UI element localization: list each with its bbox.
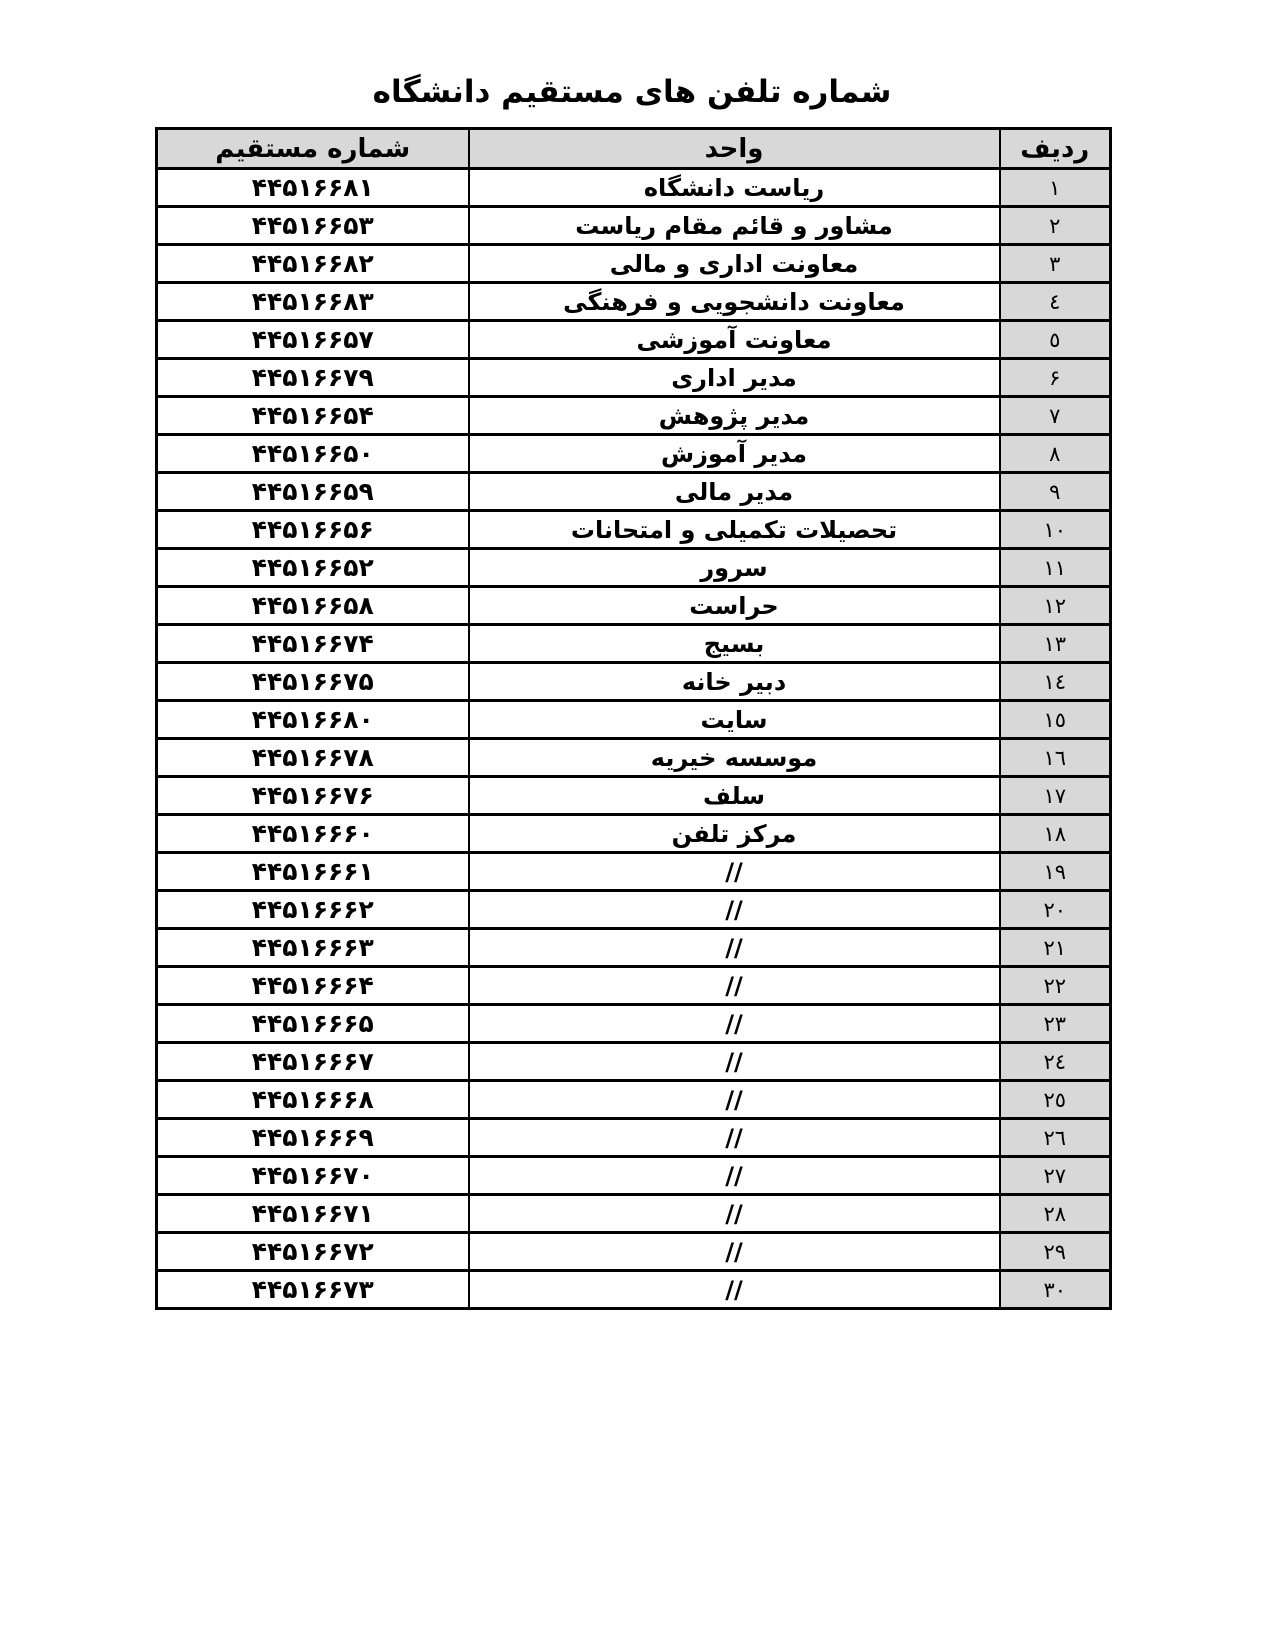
- table-row: ۱٤ دبیر خانه ۴۴۵۱۶۶۷۵: [157, 663, 1111, 701]
- row-number-cell: ۲۷: [1000, 1157, 1111, 1195]
- direct-number-cell: ۴۴۵۱۶۶۶۴: [157, 967, 469, 1005]
- unit-cell: //: [469, 1195, 1000, 1233]
- table-row: ۱٥ سایت ۴۴۵۱۶۶۸۰: [157, 701, 1111, 739]
- direct-number-cell: ۴۴۵۱۶۶۷۶: [157, 777, 469, 815]
- row-number-cell: ۱۱: [1000, 549, 1111, 587]
- row-number-cell: ٥: [1000, 321, 1111, 359]
- header-row: ردیف واحد شماره مستقیم: [157, 129, 1111, 169]
- unit-cell: //: [469, 1119, 1000, 1157]
- unit-cell: //: [469, 853, 1000, 891]
- table-row: ۶ مدیر اداری ۴۴۵۱۶۶۷۹: [157, 359, 1111, 397]
- row-number-cell: ۱۹: [1000, 853, 1111, 891]
- row-number-cell: ۱۳: [1000, 625, 1111, 663]
- unit-cell: موسسه خیریه: [469, 739, 1000, 777]
- row-number-cell: ۳۰: [1000, 1271, 1111, 1309]
- unit-cell: //: [469, 1081, 1000, 1119]
- table-row: ۱۳ بسیج ۴۴۵۱۶۶۷۴: [157, 625, 1111, 663]
- table-row: ۱۷ سلف ۴۴۵۱۶۶۷۶: [157, 777, 1111, 815]
- direct-number-cell: ۴۴۵۱۶۶۶۳: [157, 929, 469, 967]
- table-row: ۸ مدیر آموزش ۴۴۵۱۶۶۵۰: [157, 435, 1111, 473]
- header-direct-number: شماره مستقیم: [157, 129, 469, 169]
- table-row: ٥ معاونت آموزشی ۴۴۵۱۶۶۵۷: [157, 321, 1111, 359]
- unit-cell: //: [469, 891, 1000, 929]
- table-row: ۱٦ موسسه خیریه ۴۴۵۱۶۶۷۸: [157, 739, 1111, 777]
- direct-number-cell: ۴۴۵۱۶۶۶۰: [157, 815, 469, 853]
- table-row: ۲٦ // ۴۴۵۱۶۶۶۹: [157, 1119, 1111, 1157]
- direct-number-cell: ۴۴۵۱۶۶۵۸: [157, 587, 469, 625]
- direct-number-cell: ۴۴۵۱۶۶۷۳: [157, 1271, 469, 1309]
- direct-number-cell: ۴۴۵۱۶۶۷۸: [157, 739, 469, 777]
- unit-cell: //: [469, 1005, 1000, 1043]
- row-number-cell: ۱۲: [1000, 587, 1111, 625]
- direct-number-cell: ۴۴۵۱۶۶۵۹: [157, 473, 469, 511]
- header-row-number: ردیف: [1000, 129, 1111, 169]
- unit-cell: مدیر آموزش: [469, 435, 1000, 473]
- table-row: ۲ مشاور و قائم مقام ریاست ۴۴۵۱۶۶۵۳: [157, 207, 1111, 245]
- row-number-cell: ۱: [1000, 169, 1111, 207]
- unit-cell: //: [469, 967, 1000, 1005]
- unit-cell: مرکز تلفن: [469, 815, 1000, 853]
- table-row: ۱۲ حراست ۴۴۵۱۶۶۵۸: [157, 587, 1111, 625]
- unit-cell: دبیر خانه: [469, 663, 1000, 701]
- row-number-cell: ۲: [1000, 207, 1111, 245]
- row-number-cell: ۱۷: [1000, 777, 1111, 815]
- row-number-cell: ۷: [1000, 397, 1111, 435]
- direct-number-cell: ۴۴۵۱۶۶۵۲: [157, 549, 469, 587]
- table-row: ۱۸ مرکز تلفن ۴۴۵۱۶۶۶۰: [157, 815, 1111, 853]
- unit-cell: معاونت دانشجویی و فرهنگی: [469, 283, 1000, 321]
- direct-number-cell: ۴۴۵۱۶۶۶۷: [157, 1043, 469, 1081]
- unit-cell: تحصیلات تکمیلی و امتحانات: [469, 511, 1000, 549]
- table-row: ۲۰ // ۴۴۵۱۶۶۶۲: [157, 891, 1111, 929]
- unit-cell: ریاست دانشگاه: [469, 169, 1000, 207]
- row-number-cell: ۲۸: [1000, 1195, 1111, 1233]
- table-header: ردیف واحد شماره مستقیم: [157, 129, 1111, 169]
- table-row: ۲۱ // ۴۴۵۱۶۶۶۳: [157, 929, 1111, 967]
- row-number-cell: ۲٦: [1000, 1119, 1111, 1157]
- direct-number-cell: ۴۴۵۱۶۶۸۱: [157, 169, 469, 207]
- direct-number-cell: ۴۴۵۱۶۶۷۱: [157, 1195, 469, 1233]
- row-number-cell: ۲٥: [1000, 1081, 1111, 1119]
- unit-cell: سایت: [469, 701, 1000, 739]
- table-row: ۱۰ تحصیلات تکمیلی و امتحانات ۴۴۵۱۶۶۵۶: [157, 511, 1111, 549]
- direct-number-cell: ۴۴۵۱۶۶۷۵: [157, 663, 469, 701]
- table-row: ۲۷ // ۴۴۵۱۶۶۷۰: [157, 1157, 1111, 1195]
- unit-cell: //: [469, 1271, 1000, 1309]
- row-number-cell: ٤: [1000, 283, 1111, 321]
- page-title: شماره تلفن های مستقیم دانشگاه: [155, 74, 1109, 110]
- direct-number-cell: ۴۴۵۱۶۶۷۰: [157, 1157, 469, 1195]
- direct-number-cell: ۴۴۵۱۶۶۶۵: [157, 1005, 469, 1043]
- unit-cell: //: [469, 1157, 1000, 1195]
- direct-number-cell: ۴۴۵۱۶۶۵۴: [157, 397, 469, 435]
- unit-cell: مشاور و قائم مقام ریاست: [469, 207, 1000, 245]
- row-number-cell: ۲۲: [1000, 967, 1111, 1005]
- row-number-cell: ۳: [1000, 245, 1111, 283]
- direct-number-cell: ۴۴۵۱۶۶۵۰: [157, 435, 469, 473]
- table-row: ۷ مدیر پژوهش ۴۴۵۱۶۶۵۴: [157, 397, 1111, 435]
- unit-cell: مدیر مالی: [469, 473, 1000, 511]
- unit-cell: معاونت آموزشی: [469, 321, 1000, 359]
- unit-cell: سلف: [469, 777, 1000, 815]
- row-number-cell: ۱۰: [1000, 511, 1111, 549]
- unit-cell: مدیر پژوهش: [469, 397, 1000, 435]
- phone-table: ردیف واحد شماره مستقیم ۱ ریاست دانشگاه ۴…: [155, 127, 1112, 1310]
- direct-number-cell: ۴۴۵۱۶۶۸۳: [157, 283, 469, 321]
- table-row: ۲۹ // ۴۴۵۱۶۶۷۲: [157, 1233, 1111, 1271]
- unit-cell: مدیر اداری: [469, 359, 1000, 397]
- direct-number-cell: ۴۴۵۱۶۶۸۲: [157, 245, 469, 283]
- table-row: ۳۰ // ۴۴۵۱۶۶۷۳: [157, 1271, 1111, 1309]
- row-number-cell: ۸: [1000, 435, 1111, 473]
- table-row: ۳ معاونت اداری و مالی ۴۴۵۱۶۶۸۲: [157, 245, 1111, 283]
- row-number-cell: ۱٥: [1000, 701, 1111, 739]
- direct-number-cell: ۴۴۵۱۶۶۷۲: [157, 1233, 469, 1271]
- table-row: ۲٤ // ۴۴۵۱۶۶۶۷: [157, 1043, 1111, 1081]
- table-row: ۱ ریاست دانشگاه ۴۴۵۱۶۶۸۱: [157, 169, 1111, 207]
- document-page: شماره تلفن های مستقیم دانشگاه ردیف واحد …: [0, 0, 1275, 1650]
- unit-cell: معاونت اداری و مالی: [469, 245, 1000, 283]
- direct-number-cell: ۴۴۵۱۶۶۶۸: [157, 1081, 469, 1119]
- unit-cell: حراست: [469, 587, 1000, 625]
- row-number-cell: ۹: [1000, 473, 1111, 511]
- direct-number-cell: ۴۴۵۱۶۶۵۷: [157, 321, 469, 359]
- table-row: ۱۹ // ۴۴۵۱۶۶۶۱: [157, 853, 1111, 891]
- direct-number-cell: ۴۴۵۱۶۶۵۳: [157, 207, 469, 245]
- row-number-cell: ۲۱: [1000, 929, 1111, 967]
- row-number-cell: ۲۰: [1000, 891, 1111, 929]
- row-number-cell: ۲٤: [1000, 1043, 1111, 1081]
- unit-cell: سرور: [469, 549, 1000, 587]
- row-number-cell: ۲۳: [1000, 1005, 1111, 1043]
- direct-number-cell: ۴۴۵۱۶۶۸۰: [157, 701, 469, 739]
- table-row: ۲۸ // ۴۴۵۱۶۶۷۱: [157, 1195, 1111, 1233]
- direct-number-cell: ۴۴۵۱۶۶۷۹: [157, 359, 469, 397]
- direct-number-cell: ۴۴۵۱۶۶۷۴: [157, 625, 469, 663]
- row-number-cell: ۱٦: [1000, 739, 1111, 777]
- table-row: ۱۱ سرور ۴۴۵۱۶۶۵۲: [157, 549, 1111, 587]
- row-number-cell: ۱۸: [1000, 815, 1111, 853]
- table-row: ۲۳ // ۴۴۵۱۶۶۶۵: [157, 1005, 1111, 1043]
- table-row: ۲۲ // ۴۴۵۱۶۶۶۴: [157, 967, 1111, 1005]
- table-row: ۲٥ // ۴۴۵۱۶۶۶۸: [157, 1081, 1111, 1119]
- direct-number-cell: ۴۴۵۱۶۶۶۹: [157, 1119, 469, 1157]
- unit-cell: //: [469, 1043, 1000, 1081]
- row-number-cell: ۶: [1000, 359, 1111, 397]
- row-number-cell: ۲۹: [1000, 1233, 1111, 1271]
- unit-cell: //: [469, 1233, 1000, 1271]
- header-unit: واحد: [469, 129, 1000, 169]
- table-row: ٤ معاونت دانشجویی و فرهنگی ۴۴۵۱۶۶۸۳: [157, 283, 1111, 321]
- row-number-cell: ۱٤: [1000, 663, 1111, 701]
- unit-cell: //: [469, 929, 1000, 967]
- table-body: ۱ ریاست دانشگاه ۴۴۵۱۶۶۸۱ ۲ مشاور و قائم …: [157, 169, 1111, 1309]
- direct-number-cell: ۴۴۵۱۶۶۶۱: [157, 853, 469, 891]
- direct-number-cell: ۴۴۵۱۶۶۶۲: [157, 891, 469, 929]
- table-row: ۹ مدیر مالی ۴۴۵۱۶۶۵۹: [157, 473, 1111, 511]
- unit-cell: بسیج: [469, 625, 1000, 663]
- direct-number-cell: ۴۴۵۱۶۶۵۶: [157, 511, 469, 549]
